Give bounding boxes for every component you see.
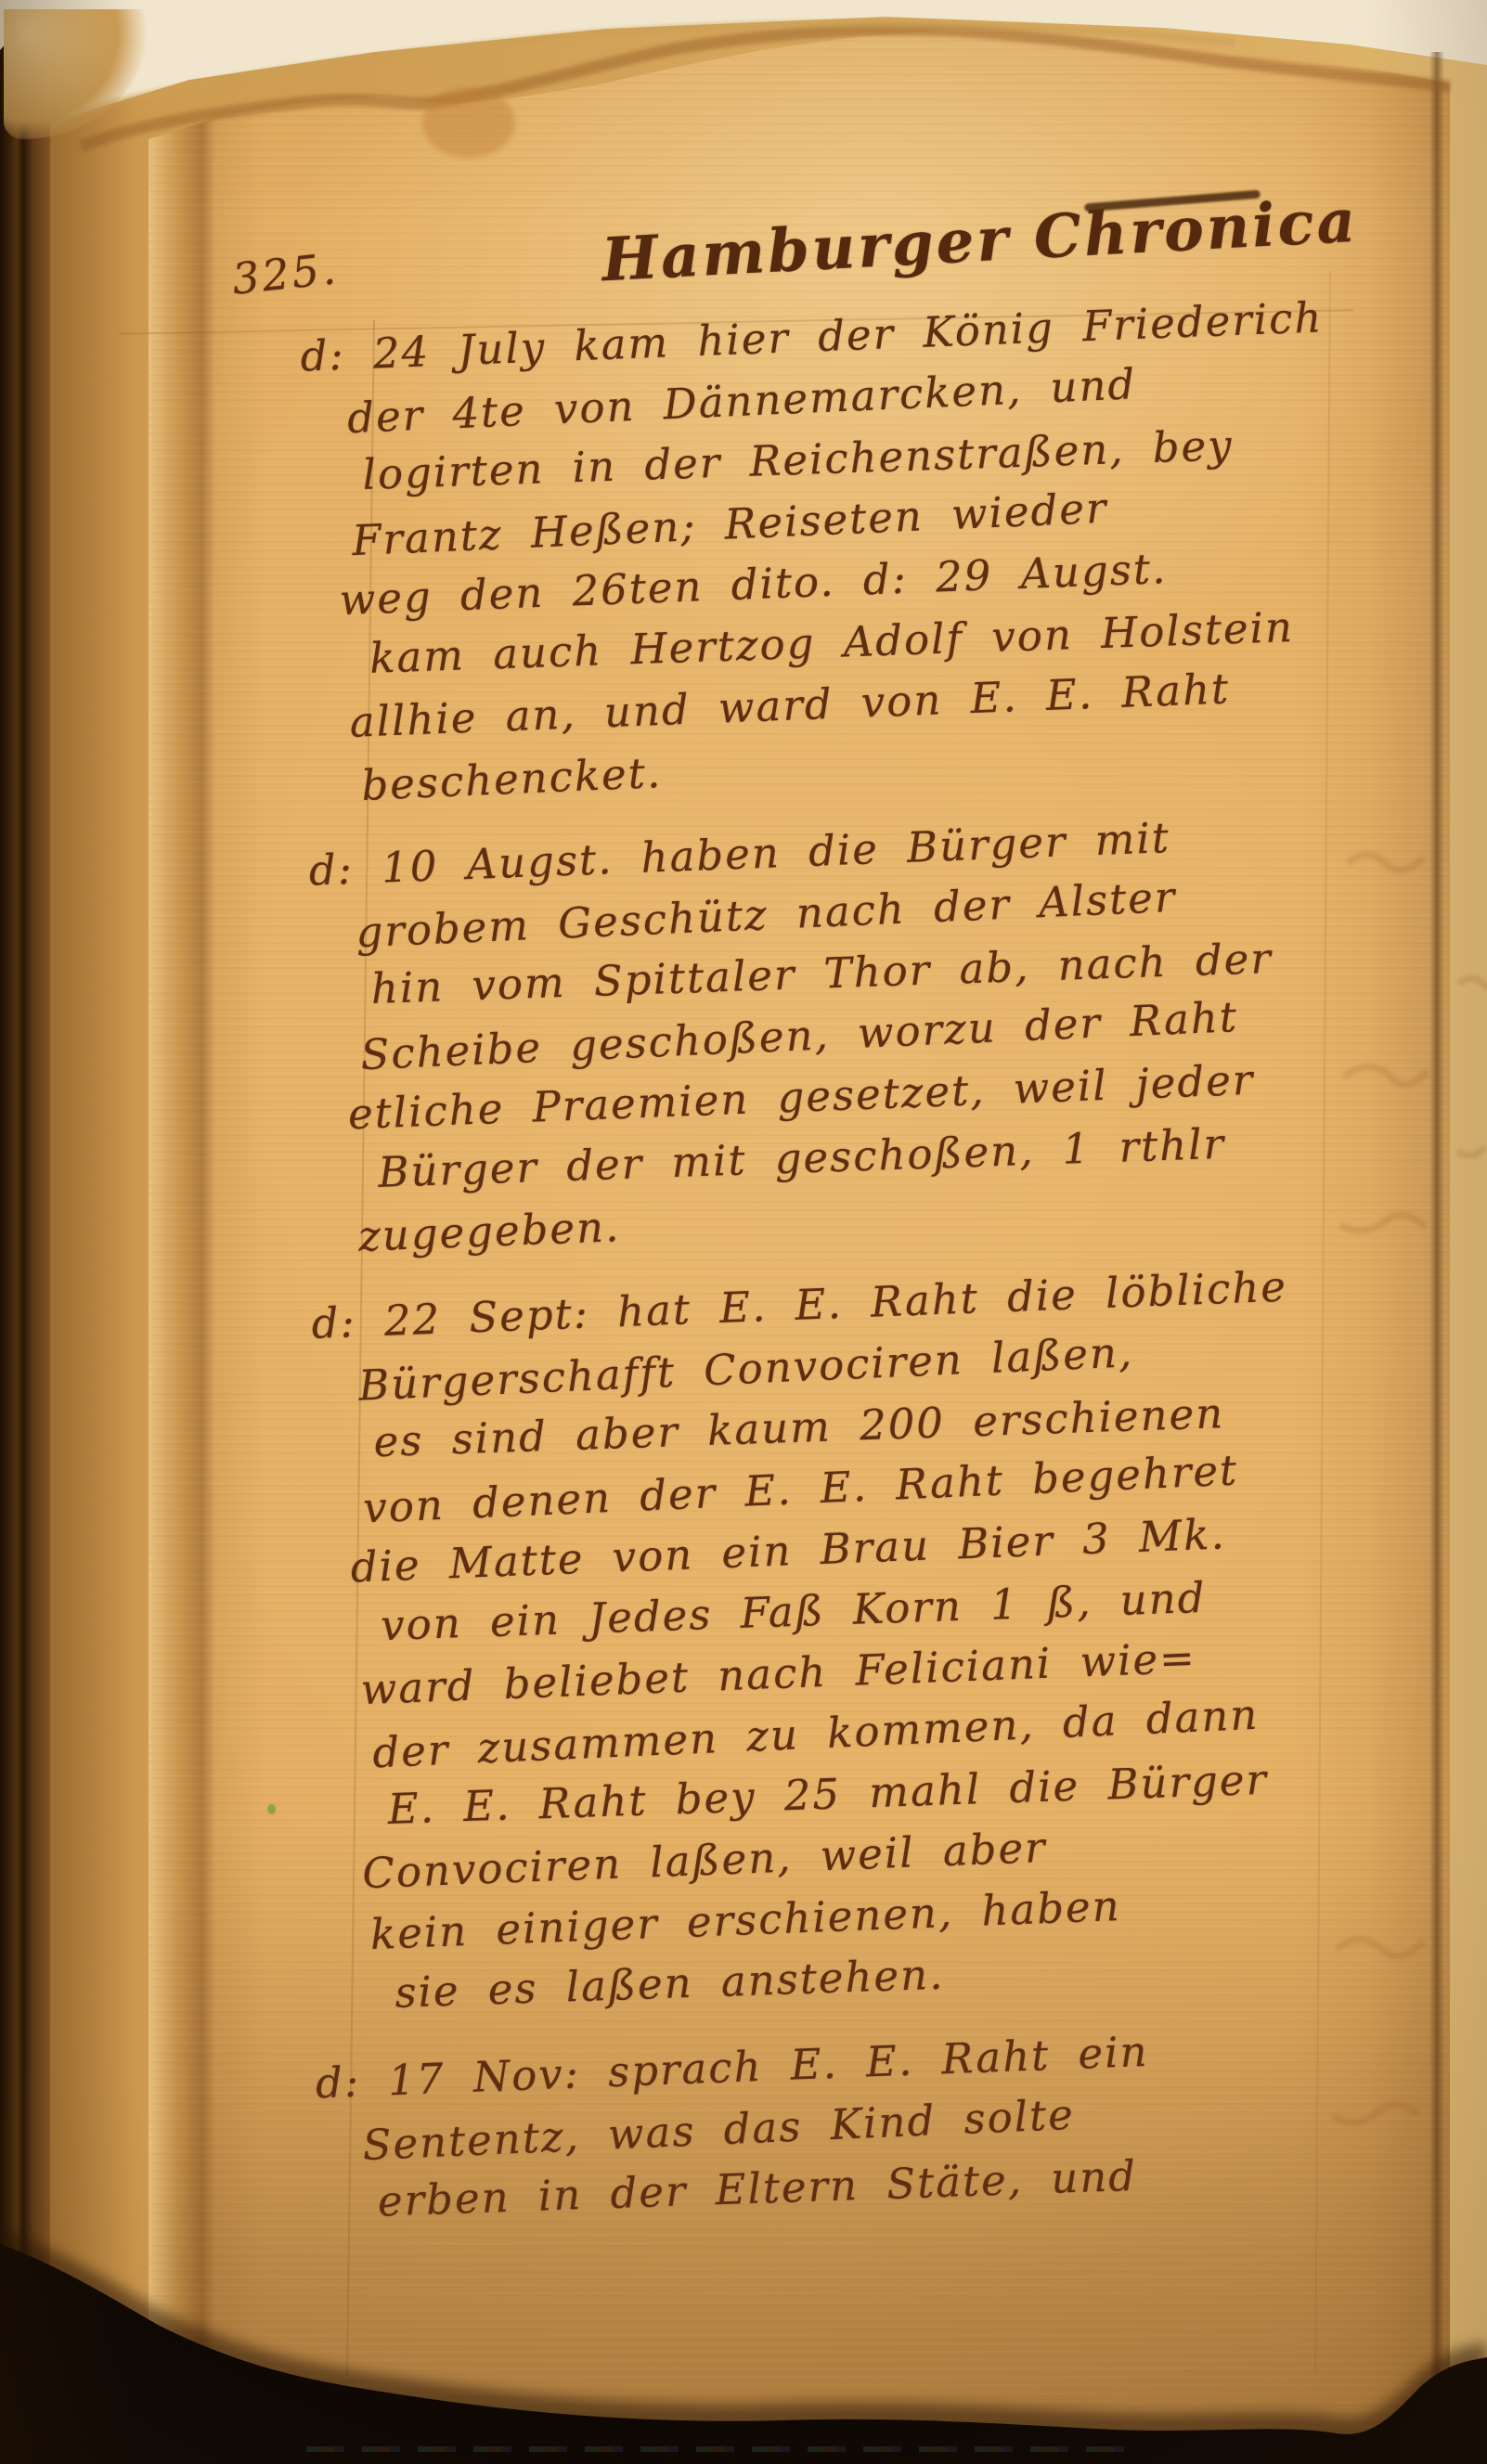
entry-17-november: d: 17 Nov: sprach E. E. Raht einSententz… (350, 2014, 1345, 2236)
photo-noise-strip (306, 2446, 1142, 2452)
entry-24-july: d: 24 July kam hier der König Friederich… (334, 289, 1290, 814)
page-fold-crease (1429, 52, 1444, 2391)
manuscript-text: d: 24 July kam hier der König Friederich… (334, 289, 1345, 2257)
entry-10-august: d: 10 Augst. haben die Bürger mitgrobem … (343, 803, 1308, 1268)
paper-speck (267, 1804, 276, 1814)
entry-22-september: d: 22 Sept: hat E. E. Raht die löblicheB… (345, 1256, 1337, 2027)
manuscript-photo: 325. Hamburger Chronica d: 24 July kam h… (0, 0, 1487, 2464)
